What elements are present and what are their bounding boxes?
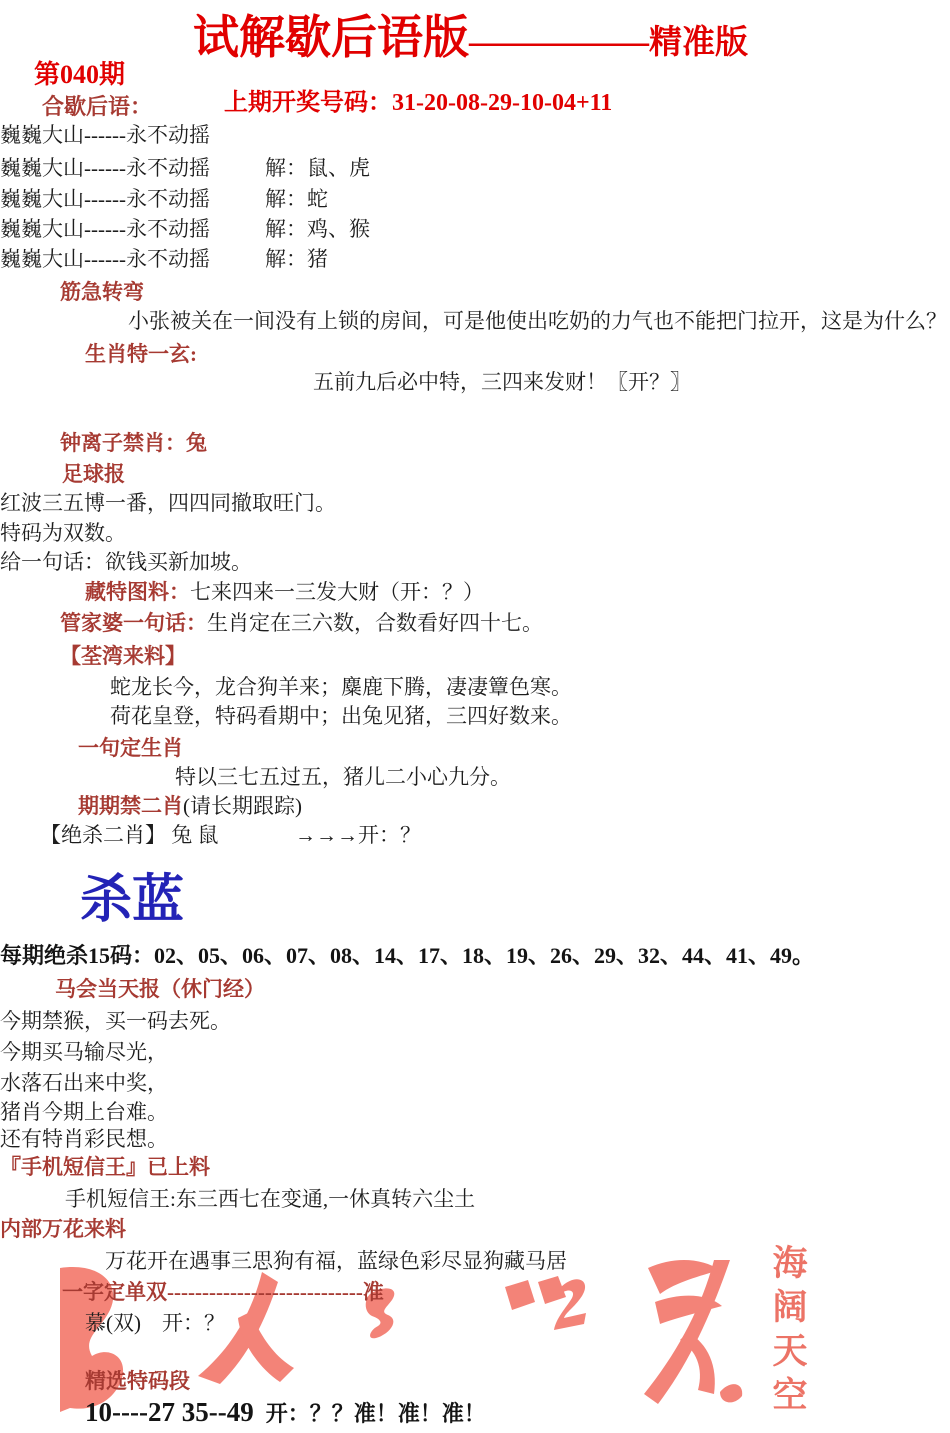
riddle-text: 巍巍大山------永不动摇: [0, 248, 210, 272]
body-text: 五前九后必中特，三四来发财！〖开？〗: [313, 371, 691, 395]
body-text: 红波三五博一番，四四同撤取旺门。: [0, 492, 336, 516]
mahui-line-5: 还有特肖彩民想。: [0, 1128, 168, 1152]
riddle-line-3: 巍巍大山------永不动摇解：蛇: [0, 188, 210, 212]
brainteaser-body: 小张被关在一间没有上锁的房间，可是他使出吃奶的力气也不能把门拉开，这是为什么？: [128, 310, 947, 334]
title-sub: 精准版: [649, 25, 748, 62]
issue-number: 第040期: [34, 60, 125, 89]
zuqiubao-line-3: 给一句话：欲钱买新加坡。: [0, 551, 252, 575]
riddle-text: 巍巍大山------永不动摇: [0, 157, 210, 181]
body-text: 【绝杀二肖】 兔 鼠: [40, 824, 219, 848]
tip-sheet-page: 海阔天空 试解歇后语版—————精准版第040期合歇后语：上期开奖号码：31-2…: [0, 0, 950, 1433]
riddle-answer: 解：鸡、猴: [265, 218, 370, 242]
section-quanwan: 【荃湾来料】: [60, 645, 186, 669]
body-text: 今期买马输尽光，: [0, 1041, 168, 1065]
section-title: 期期禁二肖: [78, 795, 183, 819]
section-shengxiao-texuan: 生肖特一玄:: [85, 343, 197, 367]
section-label-heyuhou: 合歇后语：: [42, 95, 152, 120]
range-numbers: 10----27 35--49: [85, 1397, 254, 1427]
mahui-line-3: 水落石出来中奖，: [0, 1072, 168, 1096]
section-jingxuan-tema: 精选特码段: [85, 1370, 190, 1394]
riddle-line-1: 巍巍大山------永不动摇: [0, 124, 210, 148]
riddle-answer: 解：猪: [265, 248, 328, 272]
body-text: 蛇龙长今，龙合狗羊来；麋鹿下腾，凄凄簟色寒。: [110, 676, 572, 700]
shengxiao-texuan-body: 五前九后必中特，三四来发财！〖开？〗: [313, 371, 691, 395]
section-note: (请长期跟踪): [183, 795, 302, 819]
riddle-answer: 解：蛇: [265, 188, 328, 212]
quanwan-line-2: 荷花皇登，特码看期中；出兔见猪，三四好数来。: [110, 705, 572, 729]
range-verdict: 开：？？准！准！准！: [266, 1402, 486, 1427]
riddle-answer: 解：鼠、虎: [265, 157, 370, 181]
kill-15-codes: 每期绝杀15码：02、05、06、07、08、14、17、18、19、26、29…: [0, 944, 814, 969]
yiju-shengxiao-body: 特以三七五过五，猪儿二小心九分。: [175, 766, 511, 790]
kill-blue-title: 杀蓝: [80, 872, 184, 930]
section-title: 藏特图料：: [85, 581, 190, 605]
zuqiubao-line-1: 红波三五博一番，四四同撤取旺门。: [0, 492, 336, 516]
body-text: 七来四来一三发大财（开：？）: [190, 581, 484, 605]
section-title: 钟离子禁肖：兔: [60, 432, 207, 456]
last-draw-numbers: 上期开奖号码：31-20-08-29-10-04+11: [224, 90, 612, 117]
mahui-line-4: 猪肖今期上台难。: [0, 1101, 168, 1125]
guanjiapo: 管家婆一句话：生肖定在三六数，合数看好四十七。: [60, 612, 543, 636]
arrow-result: →→→开：？: [295, 824, 421, 848]
page-title: 试解歇后语版—————精准版: [193, 12, 748, 64]
section-qiqi-jin-erxiao: 期期禁二肖(请长期跟踪): [78, 795, 302, 819]
mahui-line-2: 今期买马输尽光，: [0, 1041, 168, 1065]
section-title: 一句定生肖: [78, 737, 183, 761]
riddle-text: 巍巍大山------永不动摇: [0, 218, 210, 242]
body-text: 荷花皇登，特码看期中；出兔见猪，三四好数来。: [110, 705, 572, 729]
section-title: 精选特码段: [85, 1370, 190, 1394]
tema-range-result: 10----27 35--49开：？？准！准！准！: [85, 1397, 486, 1427]
yizi-dan-shuang: 一字定单双----------------------------准: [62, 1281, 384, 1305]
body-text: 猪肖今期上台难。: [0, 1101, 168, 1125]
section-title: 筋急转弯: [60, 281, 144, 305]
section-title: 一字定单双----------------------------准: [62, 1281, 384, 1305]
codes-text: 每期绝杀15码：02、05、06、07、08、14、17、18、19、26、29…: [0, 944, 814, 969]
body-text: 还有特肖彩民想。: [0, 1128, 168, 1152]
riddle-line-2: 巍巍大山------永不动摇解：鼠、虎: [0, 157, 210, 181]
mahui-line-1: 今期禁猴，买一码去死。: [0, 1010, 231, 1034]
riddle-text: 巍巍大山------永不动摇: [0, 124, 210, 148]
label-text: 合歇后语：: [42, 95, 152, 120]
juesha-erxiao: 【绝杀二肖】 兔 鼠→→→开：？: [40, 824, 219, 848]
body-text: 水落石出来中奖，: [0, 1072, 168, 1096]
section-mahui-daily: 马会当天报（休门经）: [55, 978, 265, 1002]
title-dash: —————: [469, 21, 649, 61]
riddle-line-4: 巍巍大山------永不动摇解：鸡、猴: [0, 218, 210, 242]
body-text: 生肖定在三六数，合数看好四十七。: [207, 612, 543, 636]
body-text: 特码为双数。: [0, 522, 126, 546]
quanwan-line-1: 蛇龙长今，龙合狗羊来；麋鹿下腾，凄凄簟色寒。: [110, 676, 572, 700]
body-text: 给一句话：欲钱买新加坡。: [0, 551, 252, 575]
section-jinxiao: 钟离子禁肖：兔: [60, 432, 207, 456]
body-text: 手机短信王:东三西七在变通,一休真转六尘土: [65, 1188, 475, 1212]
cangte-tuliao: 藏特图料：七来四来一三发大财（开：？）: [85, 581, 484, 605]
body-text: 特以三七五过五，猪儿二小心九分。: [175, 766, 511, 790]
sms-king-body: 手机短信王:东三西七在变通,一休真转六尘土: [65, 1188, 475, 1212]
big-title: 杀蓝: [80, 872, 184, 930]
section-sms-king: 『手机短信王』已上料: [0, 1156, 210, 1180]
section-title: 『手机短信王』已上料: [0, 1156, 210, 1180]
body-text: 今期禁猴，买一码去死。: [0, 1010, 231, 1034]
yizi-result: 慕(双) 开：？: [85, 1312, 225, 1336]
section-title: 管家婆一句话：: [60, 612, 207, 636]
section-title: 内部万花来料: [0, 1218, 126, 1242]
body-text: 万花开在遇事三思狗有福，蓝绿色彩尽显狗藏马居: [105, 1250, 567, 1274]
section-brainteaser: 筋急转弯: [60, 281, 144, 305]
riddle-text: 巍巍大山------永不动摇: [0, 188, 210, 212]
issue-text: 第040期: [34, 60, 125, 89]
section-title: 足球报: [62, 463, 125, 487]
zuqiubao-line-2: 特码为双数。: [0, 522, 126, 546]
document-text-layer: 试解歇后语版—————精准版第040期合歇后语：上期开奖号码：31-20-08-…: [0, 0, 950, 1433]
title-main: 试解歇后语版: [193, 12, 469, 64]
section-title: 生肖特一玄:: [85, 343, 197, 367]
section-zuqiubao: 足球报: [62, 463, 125, 487]
section-title: 【荃湾来料】: [60, 645, 186, 669]
draw-text: 上期开奖号码：31-20-08-29-10-04+11: [224, 90, 612, 117]
riddle-line-5: 巍巍大山------永不动摇解：猪: [0, 248, 210, 272]
body-text: 慕(双) 开：？: [85, 1312, 225, 1336]
section-neibu-wanhua: 内部万花来料: [0, 1218, 126, 1242]
section-yiju-shengxiao: 一句定生肖: [78, 737, 183, 761]
body-text: 小张被关在一间没有上锁的房间，可是他使出吃奶的力气也不能把门拉开，这是为什么？: [128, 310, 947, 334]
section-title: 马会当天报（休门经）: [55, 978, 265, 1002]
wanhua-body: 万花开在遇事三思狗有福，蓝绿色彩尽显狗藏马居: [105, 1250, 567, 1274]
